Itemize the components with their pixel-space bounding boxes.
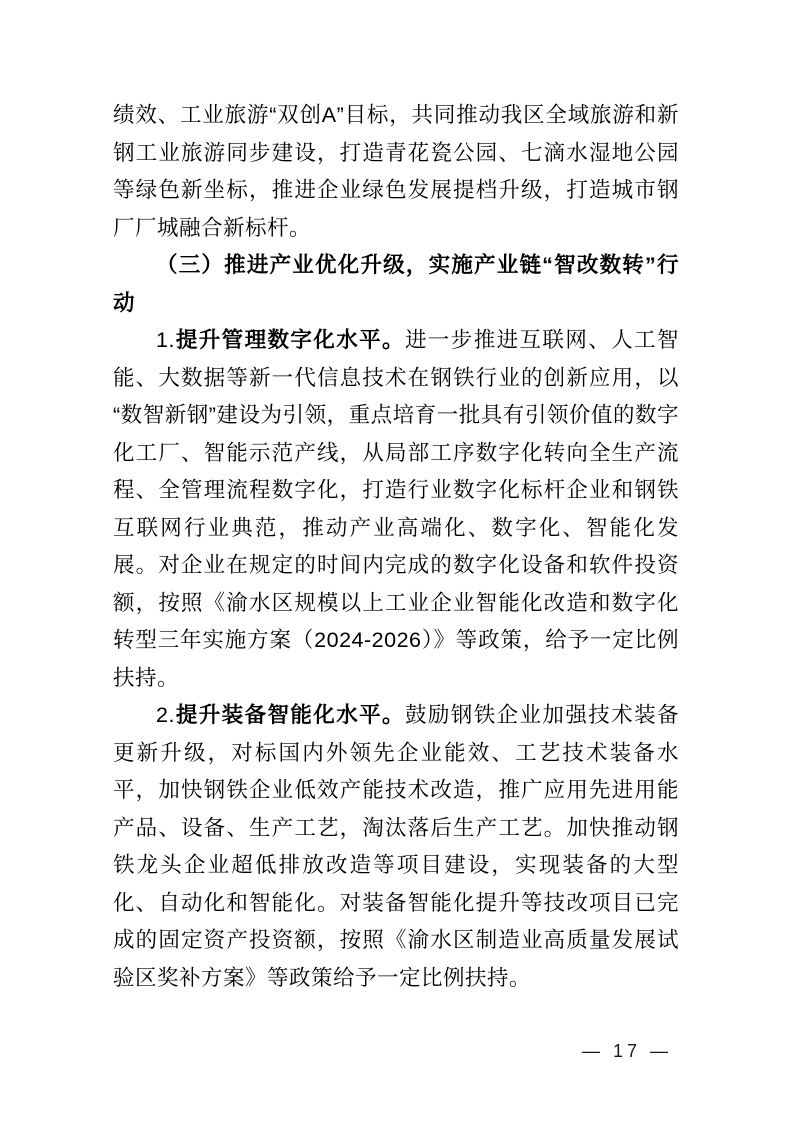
- section-heading: （三）推进产业优化升级，实施产业链“智改数转”行动: [113, 247, 679, 322]
- bold-run: （三）推进产业优化升级，实施产业链“智改数转”行动: [113, 253, 679, 315]
- paragraph: 绩效、工业旅游“双创A”目标，共同推动我区全域旅游和新钢工业旅游同步建设，打造青…: [113, 97, 679, 247]
- bold-run: 提升装备智能化水平。: [175, 703, 405, 727]
- document-body: 绩效、工业旅游“双创A”目标，共同推动我区全域旅游和新钢工业旅游同步建设，打造青…: [113, 97, 679, 997]
- text-run: 进一步推进互联网、人工智能、大数据等新一代信息技术在钢铁行业的创新应用，以“数智…: [113, 328, 679, 690]
- document-page: 绩效、工业旅游“双创A”目标，共同推动我区全域旅游和新钢工业旅游同步建设，打造青…: [0, 0, 793, 1122]
- text-run: 鼓励钢铁企业加强技术装备更新升级，对标国内外领先企业能效、工艺技术装备水平，加快…: [113, 703, 679, 990]
- paragraph: 1.提升管理数字化水平。进一步推进互联网、人工智能、大数据等新一代信息技术在钢铁…: [113, 322, 679, 697]
- text-run: 2.: [156, 703, 175, 727]
- text-run: 1.: [156, 328, 175, 352]
- bold-run: 提升管理数字化水平。: [175, 328, 405, 352]
- text-run: 绩效、工业旅游“双创A”目标，共同推动我区全域旅游和新钢工业旅游同步建设，打造青…: [113, 103, 679, 240]
- page-number: — 17 —: [582, 1041, 672, 1061]
- paragraph: 2.提升装备智能化水平。鼓励钢铁企业加强技术装备更新升级，对标国内外领先企业能效…: [113, 697, 679, 997]
- page-footer: — 17 —: [582, 1041, 672, 1061]
